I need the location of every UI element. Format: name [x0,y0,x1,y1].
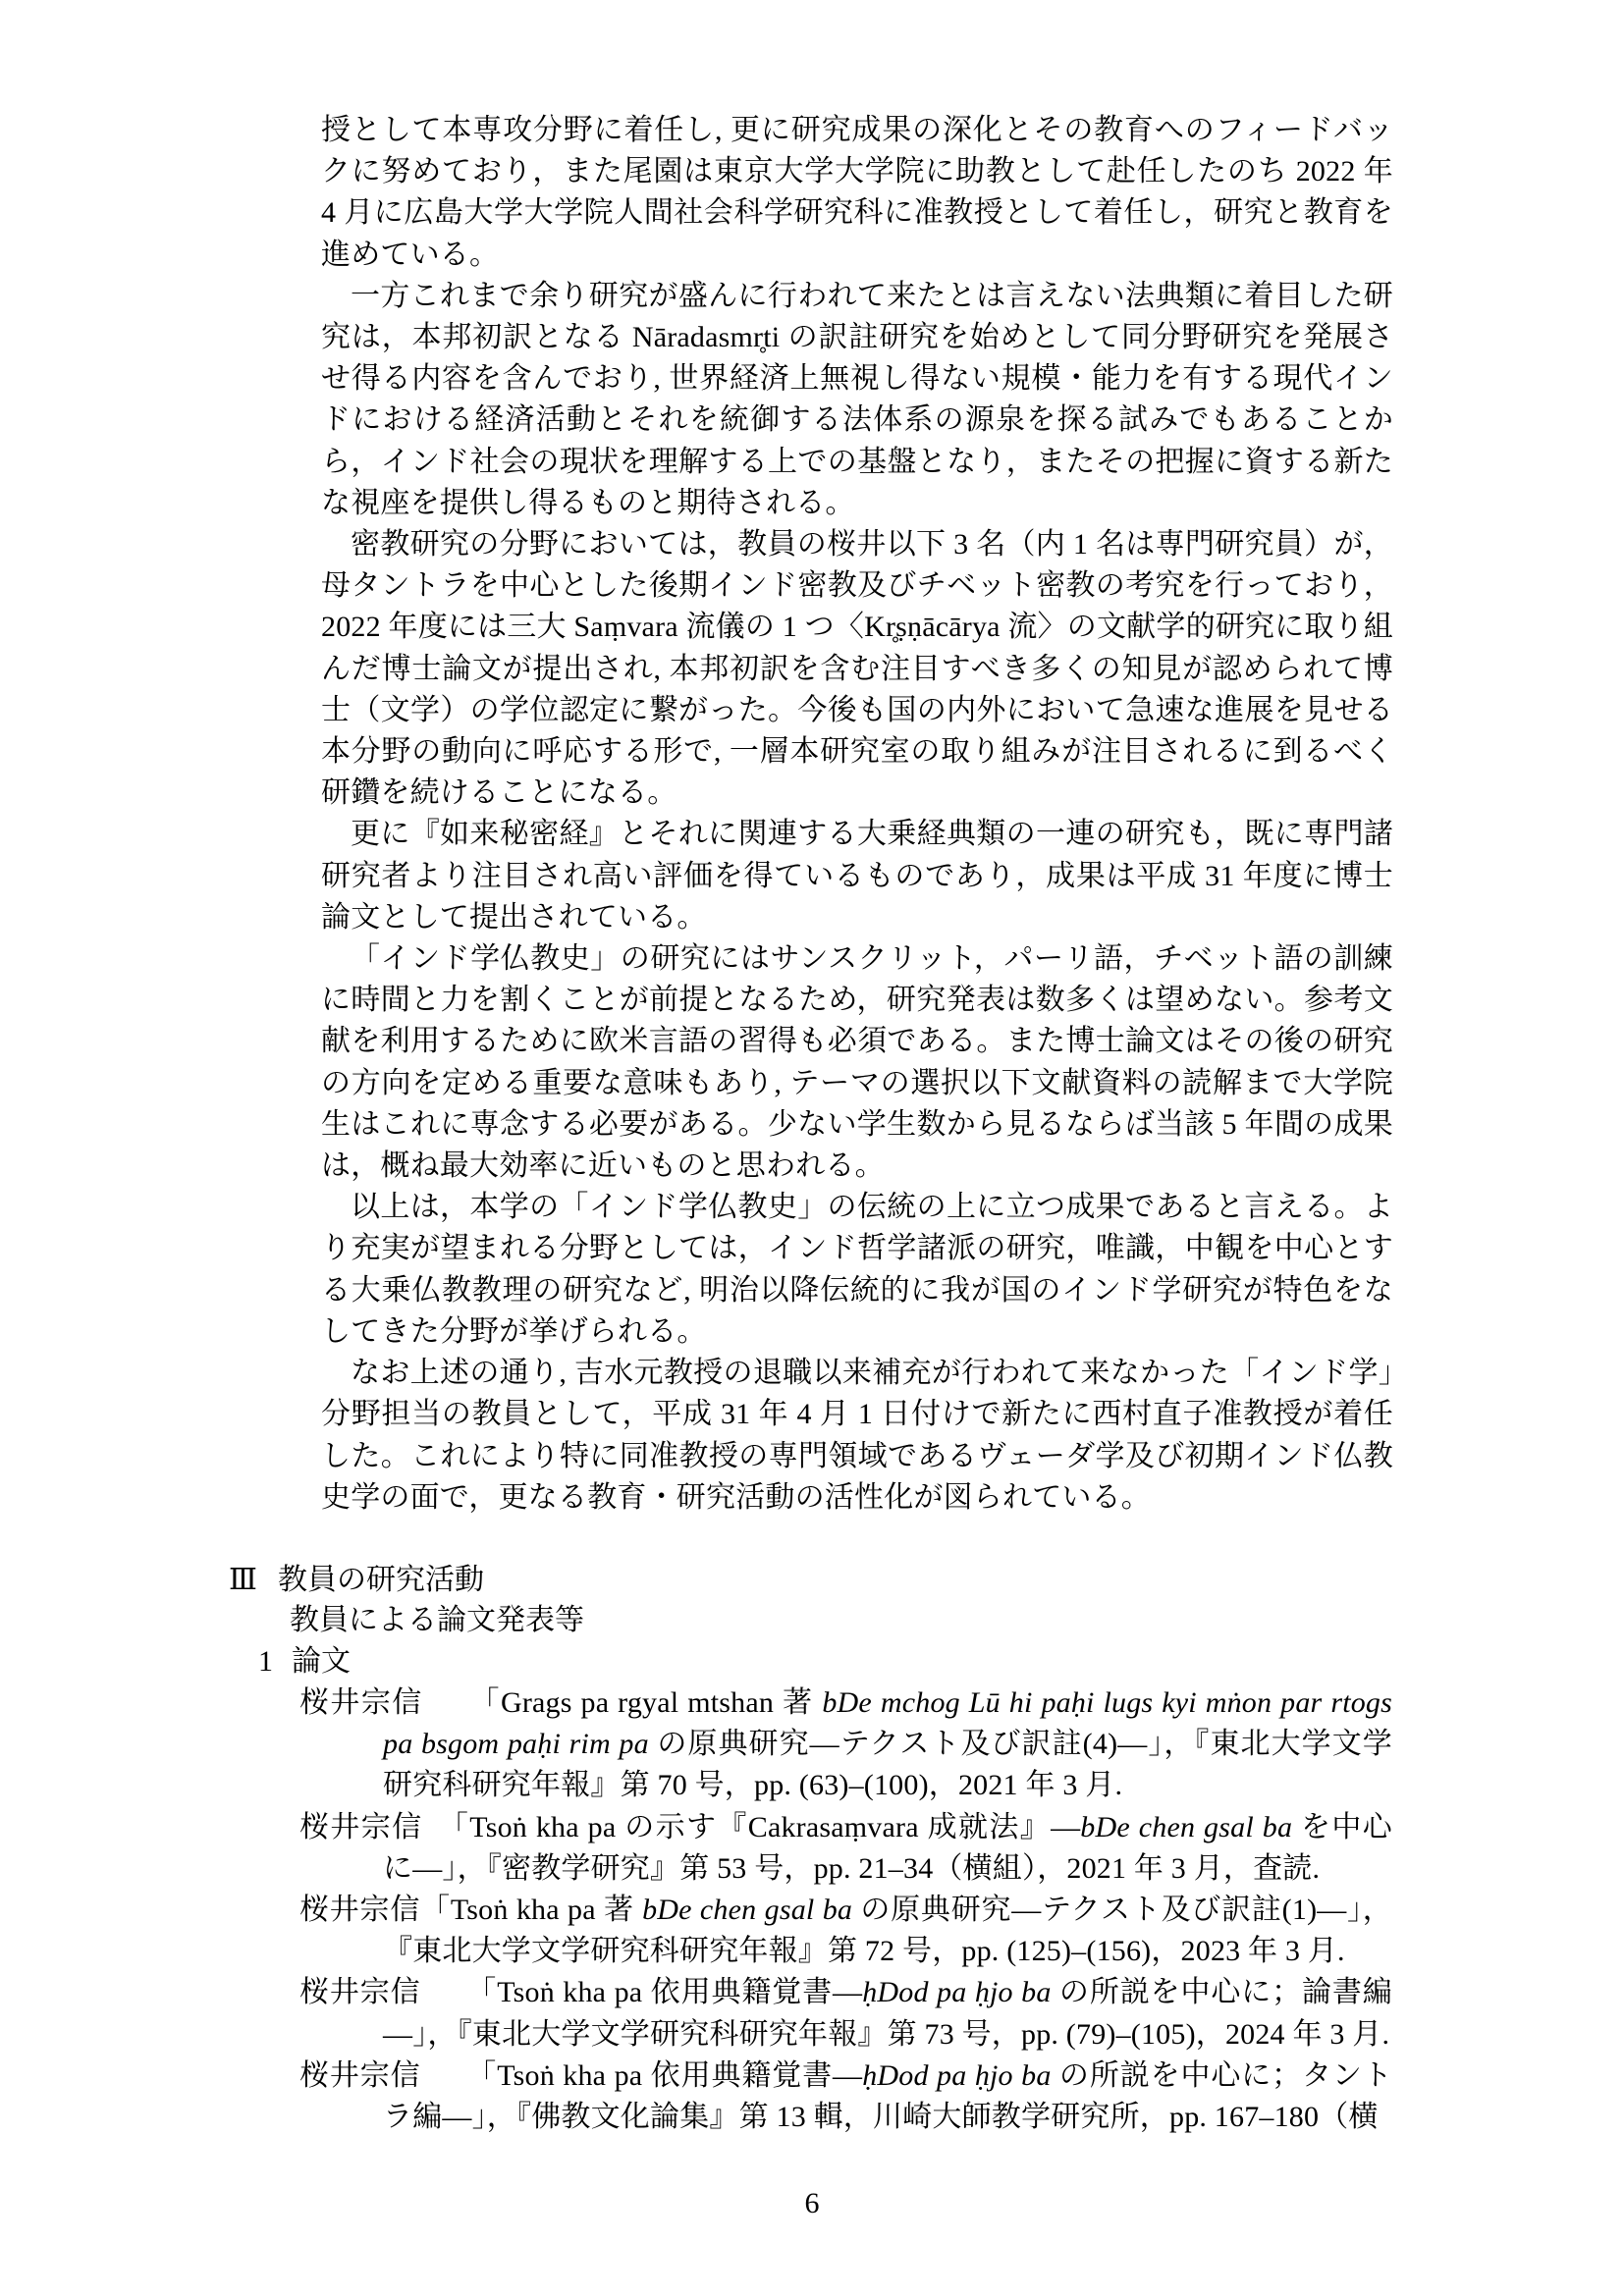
document-page: 授として本専攻分野に着任し, 更に研究成果の深化とその教育へのフィードバックに努… [0,0,1624,2296]
section-title: 教員の研究活動 [278,1564,484,1596]
italic-title-run: bDe chen gsal ba [1080,1811,1292,1843]
text-run: 桜井宗信 「Tsoṅ kha pa 依用典籍覚書— [299,2059,862,2092]
paragraph: 授として本専攻分野に着任し, 更に研究成果の深化とその教育へのフィードバックに努… [321,110,1393,276]
paragraph: 「インド学仏教史」の研究にはサンスクリット，パーリ語，チベット語の訓練に時間と力… [321,938,1393,1187]
publication-entry: 桜井宗信「Tsoṅ kha pa 著 bDe chen gsal ba の原典研… [299,1890,1392,1972]
publication-entry: 桜井宗信 「Grags pa rgyal mtshan 著 bDe mchog … [299,1682,1392,1807]
text-run: 以上は，本学の「インド学仏教史」の伝統の上に立つ成果であると言える。より充実が望… [321,1191,1393,1348]
list-label: 1論文 [258,1641,351,1682]
publication-entry: 桜井宗信 「Tsoṅ kha pa 依用典籍覚書—ḥDod pa ḥjo ba … [299,2056,1392,2138]
page-number: 6 [0,2183,1624,2224]
section-heading: Ⅲ教員の研究活動 [229,1560,484,1601]
list-number: 1 [258,1641,292,1682]
text-run: 一方これまで余り研究が盛んに行われて来たとは言えない法典類に着目した研究は，本邦… [321,280,1393,519]
publication-entries: 桜井宗信 「Grags pa rgyal mtshan 著 bDe mchog … [299,1682,1392,2138]
italic-title-run: ḥDod pa ḥjo ba [862,2059,1051,2092]
paragraph: 以上は，本学の「インド学仏教史」の伝統の上に立つ成果であると言える。より充実が望… [321,1187,1393,1353]
italic-title-run: bDe chen gsal ba [642,1894,852,1926]
text-run: 桜井宗信 「Grags pa rgyal mtshan 著 [299,1686,822,1719]
publication-entry: 桜井宗信 「Tsoṅ kha pa 依用典籍覚書—ḥDod pa ḥjo ba … [299,1972,1392,2055]
publication-entry: 桜井宗信 「Tsoṅ kha pa の示す『Cakrasaṃvara 成就法』—… [299,1807,1392,1890]
list-title: 論文 [292,1645,351,1678]
subsection-heading: 教員による論文発表等 [290,1600,584,1641]
body-text: 授として本専攻分野に着任し, 更に研究成果の深化とその教育へのフィードバックに努… [321,110,1393,1519]
paragraph: 一方これまで余り研究が盛んに行われて来たとは言えない法典類に着目した研究は，本邦… [321,276,1393,524]
text-run: 桜井宗信 「Tsoṅ kha pa の示す『Cakrasaṃvara 成就法』— [299,1811,1080,1843]
section-numeral: Ⅲ [229,1560,278,1601]
text-run: 密教研究の分野においては，教員の桜井以下 3 名（内 1 名は専門研究員）が，母… [321,528,1393,809]
paragraph: 密教研究の分野においては，教員の桜井以下 3 名（内 1 名は専門研究員）が，母… [321,524,1393,814]
italic-title-run: ḥDod pa ḥjo ba [862,1976,1051,2008]
text-run: 更に『如来秘密経』とそれに関連する大乗経典類の一連の研究も，既に専門諸研究者より… [321,818,1393,933]
paragraph: 更に『如来秘密経』とそれに関連する大乗経典類の一連の研究も，既に専門諸研究者より… [321,814,1393,938]
paragraph: なお上述の通り, 吉水元教授の退職以来補充が行われて来なかった「インド学」分野担… [321,1353,1393,1519]
text-run: 桜井宗信 「Tsoṅ kha pa 依用典籍覚書— [299,1976,862,2008]
text-run: 「インド学仏教史」の研究にはサンスクリット，パーリ語，チベット語の訓練に時間と力… [321,942,1393,1182]
text-run: 授として本専攻分野に着任し, 更に研究成果の深化とその教育へのフィードバックに努… [321,114,1393,271]
text-run: なお上述の通り, 吉水元教授の退職以来補充が行われて来なかった「インド学」分野担… [321,1357,1393,1514]
text-run: 桜井宗信「Tsoṅ kha pa 著 [299,1894,642,1926]
